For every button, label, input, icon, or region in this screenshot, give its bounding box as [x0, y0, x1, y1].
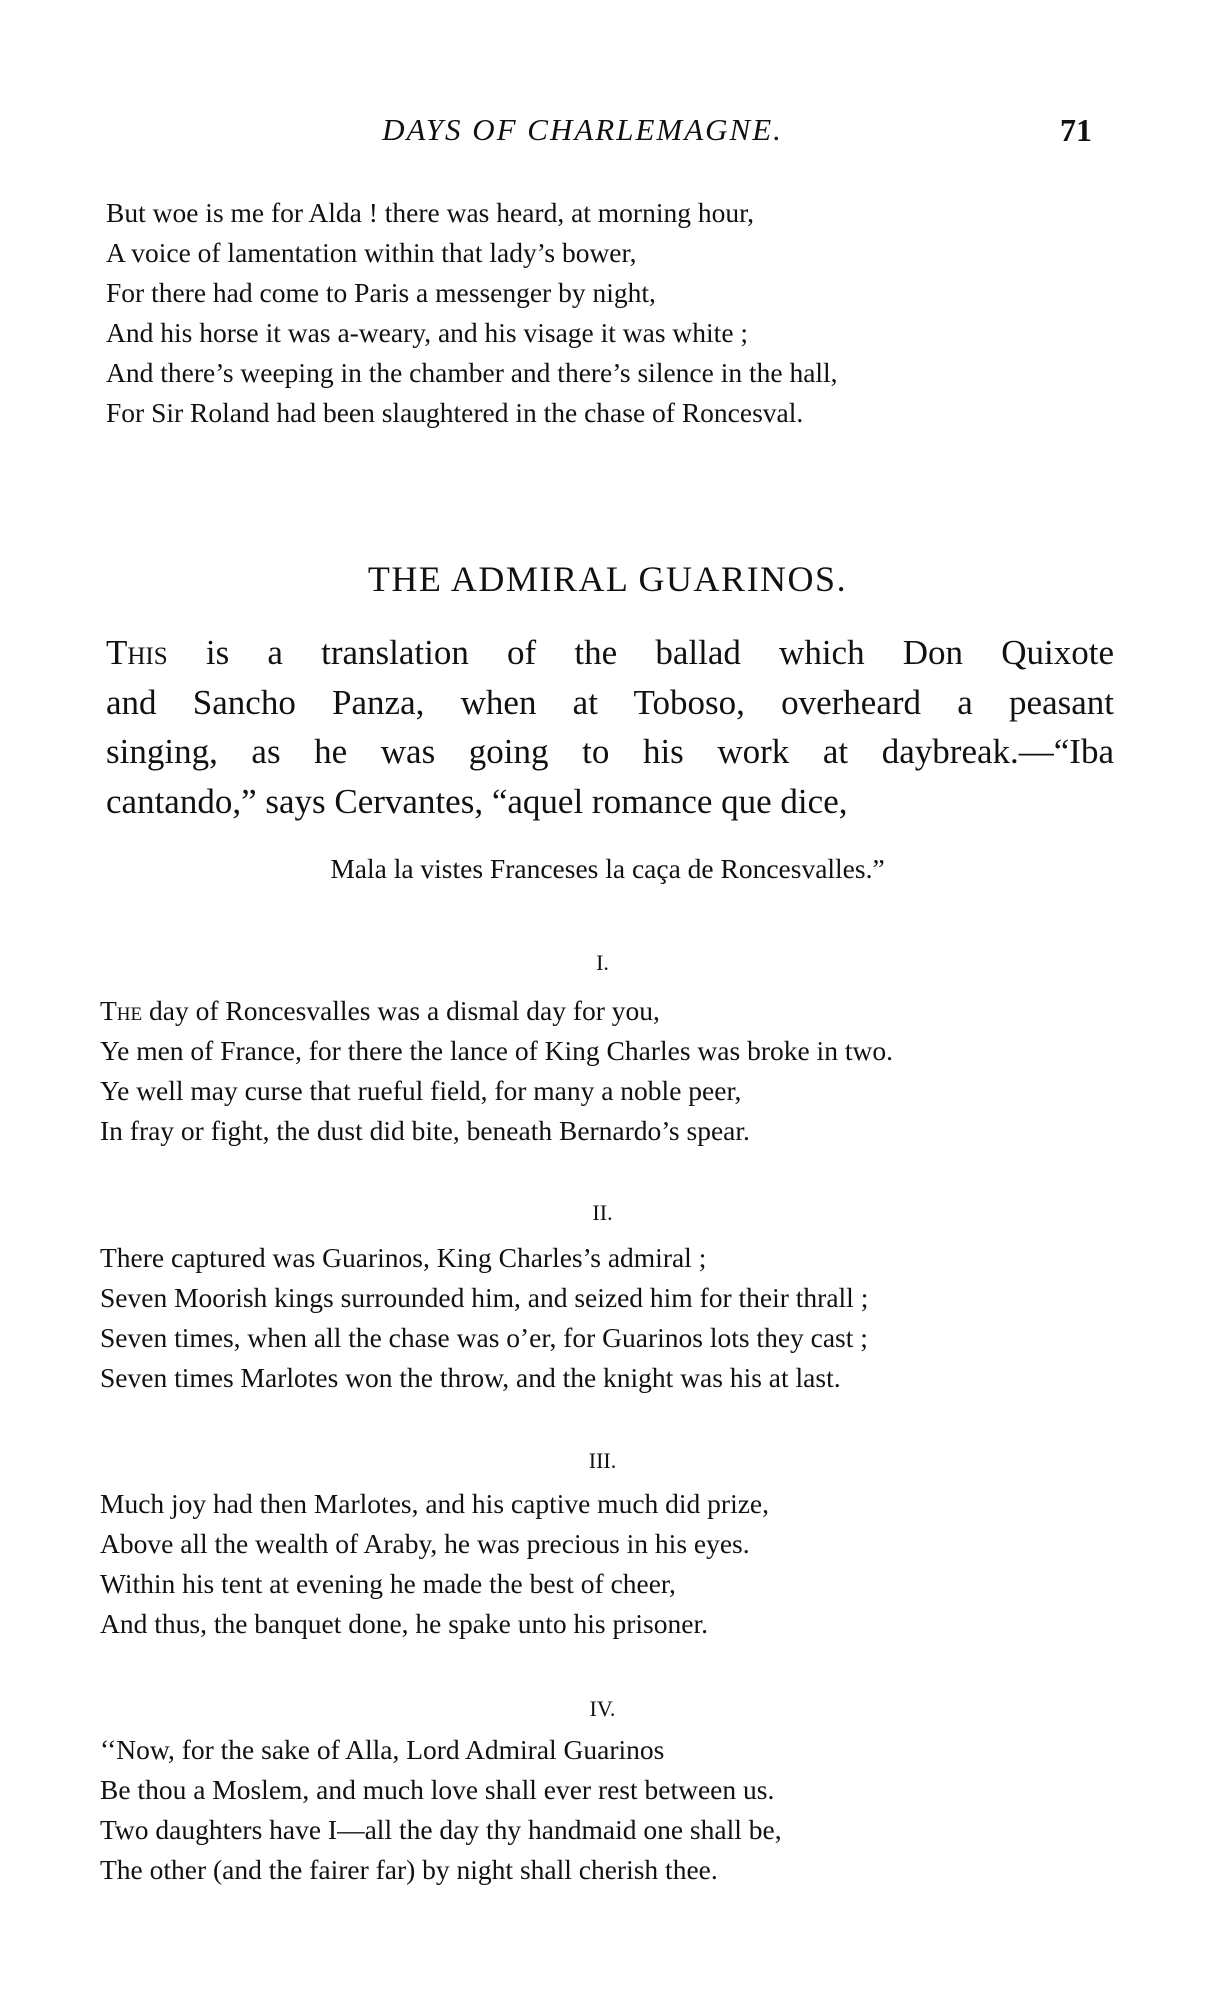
opening-stanza: But woe is me for Alda ! there was heard…	[106, 193, 838, 433]
verse-line: For Sir Roland had been slaughtered in t…	[106, 393, 838, 433]
verse-line-text: day of Roncesvalles was a dismal day for…	[142, 995, 660, 1026]
verse-line: Ye men of France, for there the lance of…	[100, 1031, 893, 1071]
intro-line-text: is a translation of the ballad which Don…	[168, 633, 1114, 672]
verse-line: And his horse it was a-weary, and his vi…	[106, 313, 838, 353]
stanza-3: Much joy had then Marlotes, and his capt…	[100, 1484, 769, 1644]
verse-line: Seven Moorish kings surrounded him, and …	[100, 1278, 868, 1318]
stanza-1: The day of Roncesvalles was a dismal day…	[100, 991, 893, 1151]
verse-lead-smallcaps: The	[100, 995, 142, 1026]
stanza-numeral: II.	[0, 1200, 1205, 1226]
verse-line: Above all the wealth of Araby, he was pr…	[100, 1524, 769, 1564]
stanza-numeral: III.	[0, 1448, 1205, 1474]
intro-line: This is a translation of the ballad whic…	[106, 628, 1114, 678]
verse-line: For there had come to Paris a messenger …	[106, 273, 838, 313]
section-title: THE ADMIRAL GUARINOS.	[0, 558, 1205, 600]
intro-paragraph: This is a translation of the ballad whic…	[106, 628, 1114, 826]
verse-line: Within his tent at evening he made the b…	[100, 1564, 769, 1604]
verse-line: But woe is me for Alda ! there was heard…	[106, 193, 838, 233]
spanish-quote: Mala la vistes Franceses la caça de Ronc…	[0, 853, 1205, 885]
verse-line: And there’s weeping in the chamber and t…	[106, 353, 838, 393]
verse-line: Much joy had then Marlotes, and his capt…	[100, 1484, 769, 1524]
verse-line: The day of Roncesvalles was a dismal day…	[100, 991, 893, 1031]
verse-line: Two daughters have I—all the day thy han…	[100, 1810, 782, 1850]
verse-line: Seven times, when all the chase was o’er…	[100, 1318, 868, 1358]
stanza-numeral: IV.	[0, 1696, 1205, 1722]
stanza-4: ‘‘Now, for the sake of Alla, Lord Admira…	[100, 1730, 782, 1890]
stanza-2: There captured was Guarinos, King Charle…	[100, 1238, 868, 1398]
verse-line: ‘‘Now, for the sake of Alla, Lord Admira…	[100, 1730, 782, 1770]
stanza-numeral: I.	[0, 950, 1205, 976]
verse-line: And thus, the banquet done, he spake unt…	[100, 1604, 769, 1644]
verse-line: In fray or fight, the dust did bite, ben…	[100, 1111, 893, 1151]
verse-line: The other (and the fairer far) by night …	[100, 1850, 782, 1890]
verse-line: A voice of lamentation within that lady’…	[106, 233, 838, 273]
intro-lead-smallcaps: This	[106, 633, 168, 672]
intro-line: singing, as he was going to his work at …	[106, 727, 1114, 777]
page-number: 71	[1060, 112, 1092, 149]
verse-line: There captured was Guarinos, King Charle…	[100, 1238, 868, 1278]
intro-line: and Sancho Panza, when at Toboso, overhe…	[106, 678, 1114, 728]
intro-line: cantando,” says Cervantes, “aquel romanc…	[106, 777, 1114, 827]
book-page: DAYS OF CHARLEMAGNE. 71 But woe is me fo…	[0, 0, 1205, 2003]
running-head: DAYS OF CHARLEMAGNE.	[0, 112, 1205, 148]
verse-line: Seven times Marlotes won the throw, and …	[100, 1358, 868, 1398]
verse-line: Ye well may curse that rueful field, for…	[100, 1071, 893, 1111]
verse-line: Be thou a Moslem, and much love shall ev…	[100, 1770, 782, 1810]
